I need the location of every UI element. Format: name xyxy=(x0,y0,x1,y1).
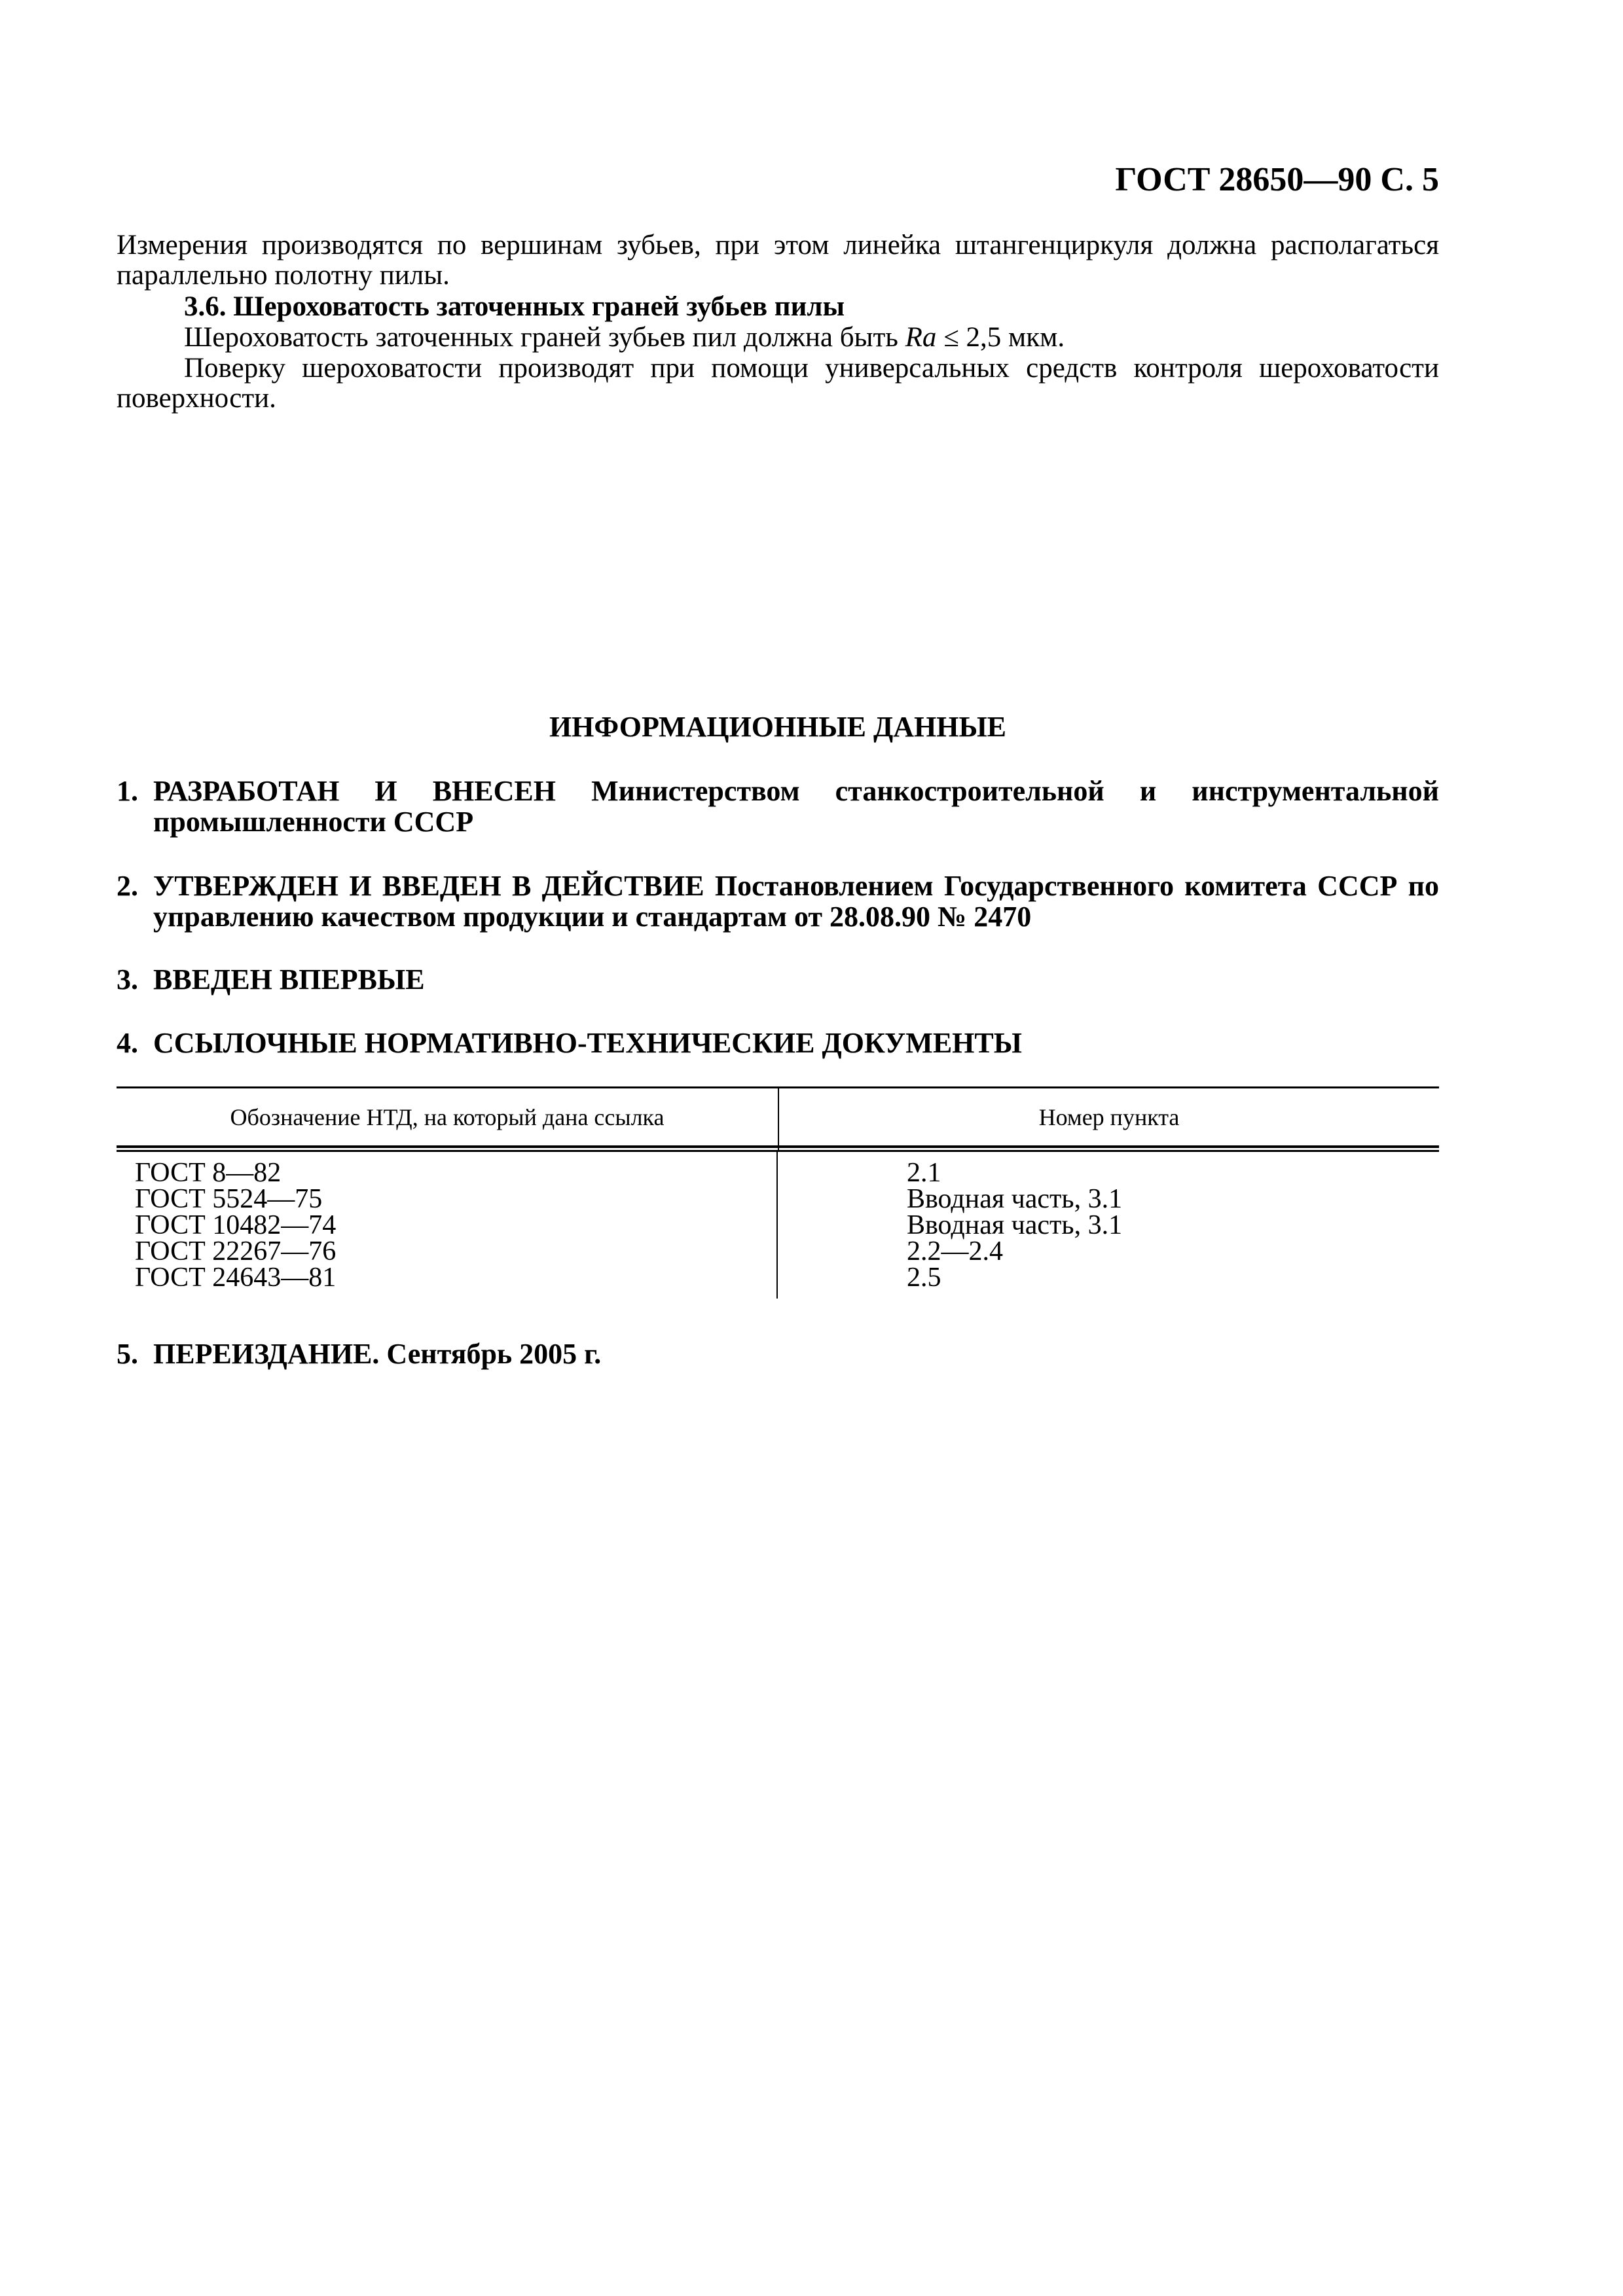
clause-column: 2.1 Вводная часть, 3.1 Вводная часть, 3.… xyxy=(778,1152,1439,1299)
table-cell: 2.1 xyxy=(907,1160,1439,1186)
table-cell: ГОСТ 10482—74 xyxy=(135,1212,776,1238)
info-item-5: 5. ПЕРЕИЗДАНИЕ. Сентябрь 2005 г. xyxy=(117,1338,1439,1369)
table-cell: Вводная часть, 3.1 xyxy=(907,1186,1439,1212)
section-3-6-title: 3.6. Шероховатость заточенных граней зуб… xyxy=(117,292,1439,322)
designation-column: ГОСТ 8—82 ГОСТ 5524—75 ГОСТ 10482—74 ГОС… xyxy=(117,1152,778,1299)
roughness-text-post: ≤ 2,5 мкм. xyxy=(936,322,1065,353)
info-item-2: 2. УТВЕРЖДЕН И ВВЕДЕН В ДЕЙСТВИЕ Постано… xyxy=(117,870,1439,932)
info-section-title: ИНФОРМАЦИОННЫЕ ДАННЫЕ xyxy=(117,710,1439,744)
item-lead: ПЕРЕИЗДАНИЕ. xyxy=(153,1338,379,1370)
table-header-row: Обозначение НТД, на который дана ссылка … xyxy=(117,1088,1439,1145)
header-designation: Обозначение НТД, на который дана ссылка xyxy=(117,1088,779,1145)
table-body: ГОСТ 8—82 ГОСТ 5524—75 ГОСТ 10482—74 ГОС… xyxy=(117,1152,1439,1299)
info-item-4: 4. ССЫЛОЧНЫЕ НОРМАТИВНО-ТЕХНИЧЕСКИЕ ДОКУ… xyxy=(117,1028,1439,1058)
item-number: 4. xyxy=(117,1028,153,1058)
roughness-check-paragraph: Поверку шероховатости производят при пом… xyxy=(117,353,1439,414)
info-item-3: 3. ВВЕДЕН ВПЕРВЫЕ xyxy=(117,964,1439,995)
item-number: 3. xyxy=(117,964,153,995)
page-header: ГОСТ 28650—90 С. 5 xyxy=(1115,160,1439,199)
item-lead: ССЫЛОЧНЫЕ НОРМАТИВНО-ТЕХНИЧЕСКИЕ ДОКУМЕН… xyxy=(153,1027,1022,1059)
table-cell: 2.2—2.4 xyxy=(907,1238,1439,1265)
roughness-text-pre: Шероховатость заточенных граней зубьев п… xyxy=(184,322,905,353)
ra-symbol: Ra xyxy=(905,322,937,353)
roughness-requirement: Шероховатость заточенных граней зубьев п… xyxy=(117,323,1439,353)
item-number: 5. xyxy=(117,1338,153,1369)
referenced-documents-table: Обозначение НТД, на который дана ссылка … xyxy=(117,1086,1439,1299)
item-number: 1. xyxy=(117,776,153,837)
item-lead: ВВЕДЕН ВПЕРВЫЕ xyxy=(153,963,425,996)
measurement-paragraph: Измерения производятся по вершинам зубье… xyxy=(117,230,1439,291)
header-clause-number: Номер пункта xyxy=(779,1088,1439,1145)
info-item-1: 1. РАЗРАБОТАН И ВНЕСЕН Министерством ста… xyxy=(117,776,1439,837)
table-cell: ГОСТ 8—82 xyxy=(135,1160,776,1186)
table-cell: ГОСТ 5524—75 xyxy=(135,1186,776,1212)
table-cell: Вводная часть, 3.1 xyxy=(907,1212,1439,1238)
table-header-double-rule xyxy=(117,1145,1439,1152)
item-number: 2. xyxy=(117,870,153,932)
item-lead: РАЗРАБОТАН И ВНЕСЕН xyxy=(153,775,556,807)
item-lead: УТВЕРЖДЕН И ВВЕДЕН В ДЕЙСТВИЕ xyxy=(153,870,704,902)
table-cell: ГОСТ 22267—76 xyxy=(135,1238,776,1265)
item-text: Сентябрь 2005 г. xyxy=(379,1338,601,1370)
table-cell: 2.5 xyxy=(907,1265,1439,1291)
table-cell: ГОСТ 24643—81 xyxy=(135,1265,776,1291)
